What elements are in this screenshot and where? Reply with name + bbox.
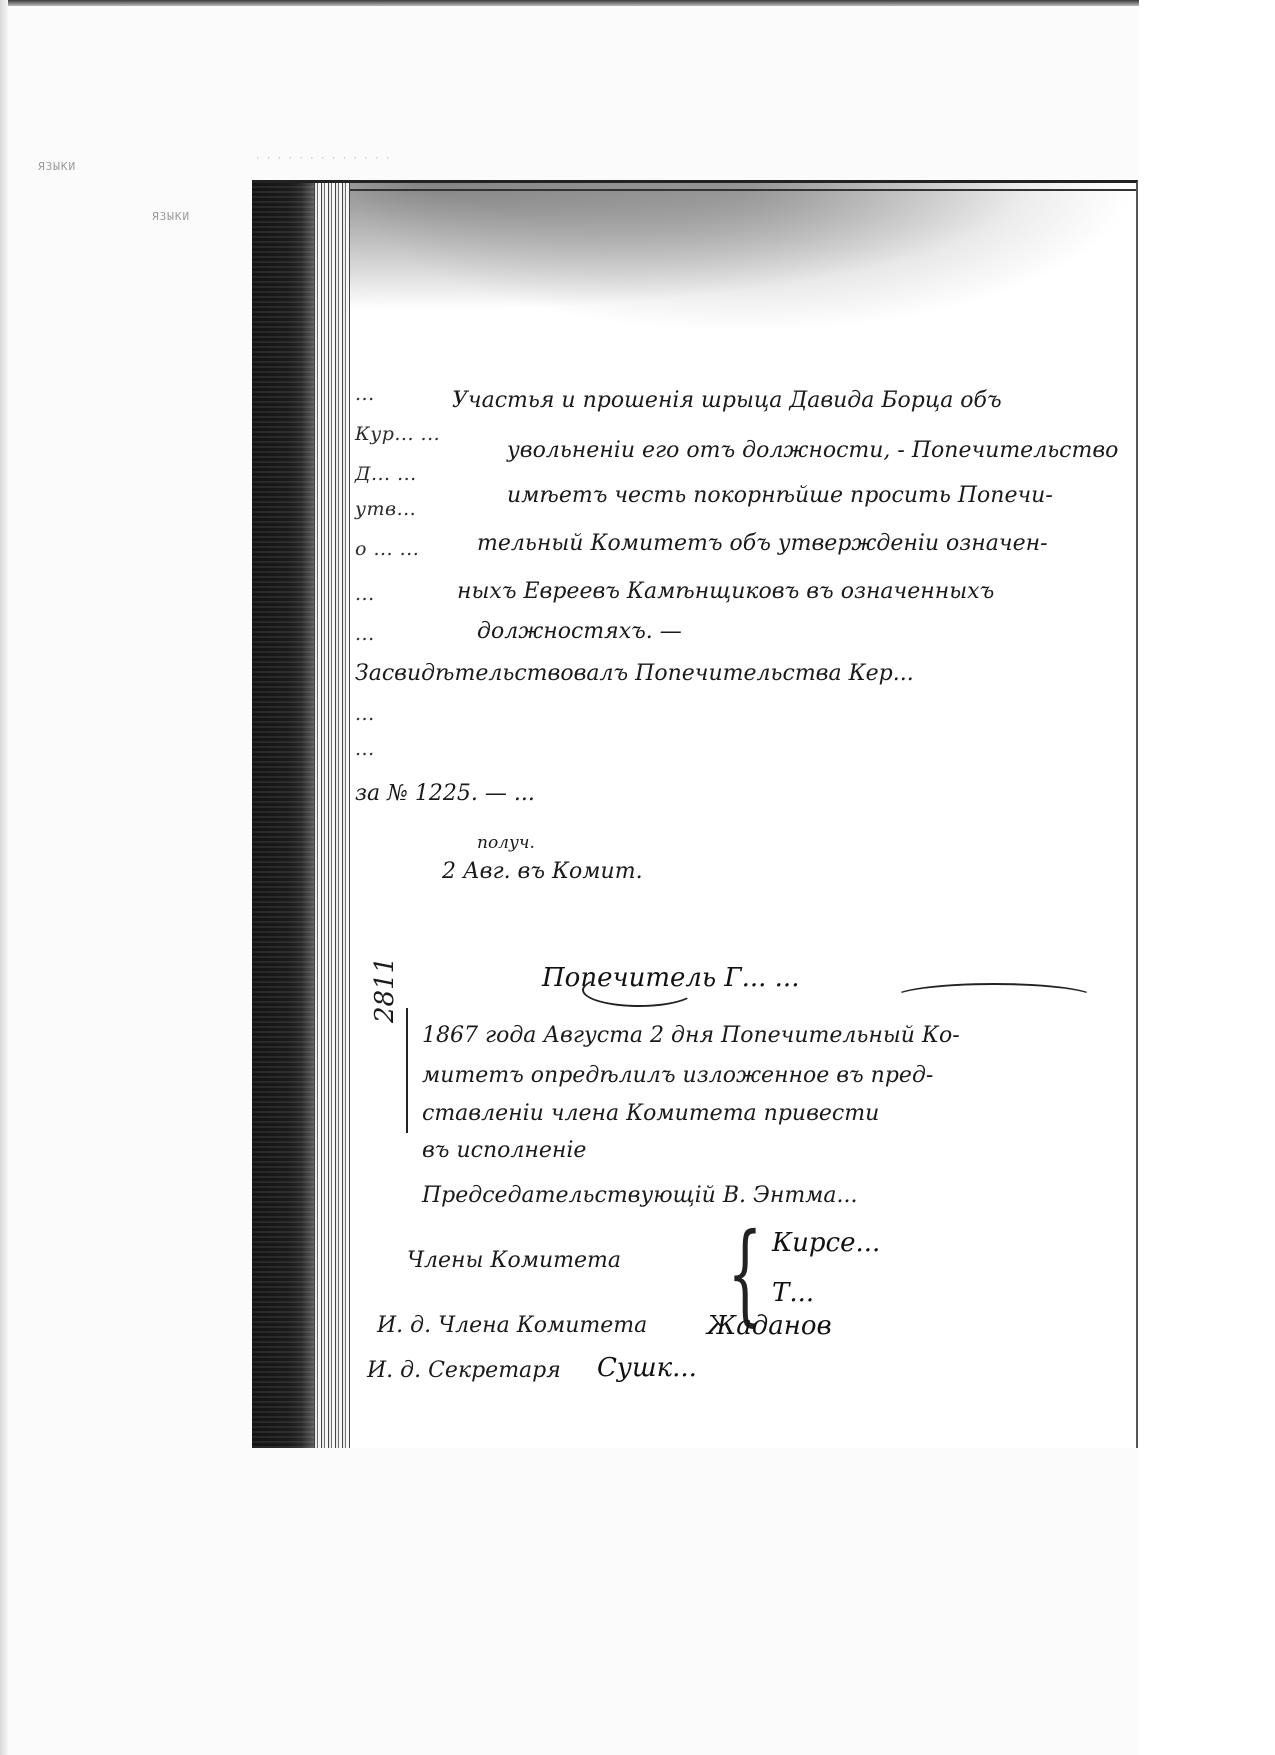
body-line: увольненіи его отъ должности, - Попечите… <box>507 438 1118 463</box>
receipt-note: 2 Авг. въ Комит. <box>442 859 643 884</box>
signature-role: И. д. Секретаря <box>367 1358 561 1383</box>
margin-note: ... <box>355 383 375 405</box>
page-edges <box>314 183 350 1448</box>
margin-bracket <box>406 1008 418 1133</box>
photocopied-page: ... Участья и прошенія шрыца Давида Борц… <box>252 180 1138 1448</box>
signature-name: Т... <box>772 1278 814 1308</box>
scan-margin-blank <box>1139 0 1275 1755</box>
signature-role: И. д. Члена Комитета <box>377 1313 647 1338</box>
body-line: ... <box>355 703 375 725</box>
book-binding <box>252 183 314 1448</box>
body-line: должностяхъ. — <box>477 619 682 644</box>
margin-note: о ... ... <box>355 538 419 560</box>
faint-stamp: ЯЗЫКИ <box>152 210 190 223</box>
margin-note: Кур... ... <box>355 423 440 445</box>
signature-role: Члены Комитета <box>407 1248 621 1273</box>
body-line: за № 1225. — ... <box>355 781 535 806</box>
margin-note: утв... <box>355 498 416 520</box>
receipt-note: получ. <box>477 833 535 853</box>
decision-line: 1867 года Августа 2 дня Попечительный Ко… <box>422 1023 960 1048</box>
scanned-sheet: ЯЗЫКИ ЯЗЫКИ · · · · · · · · · · · · · ..… <box>0 0 1139 1755</box>
margin-note: Д... ... <box>355 463 417 485</box>
body-line: тельный Комитетъ объ утвержденіи означен… <box>477 531 1048 556</box>
body-line: имѣетъ честь покорнѣйше просить Попечи- <box>507 483 1053 508</box>
margin-note: ... <box>355 623 375 645</box>
body-line: Засвидѣтельствовалъ Попечительства Кер..… <box>355 661 914 686</box>
signature-flourish <box>582 973 696 1007</box>
signature-name: Жаданов <box>707 1311 832 1341</box>
body-line: Участья и прошенія шрыца Давида Борца об… <box>452 388 1002 413</box>
faint-header-strip: · · · · · · · · · · · · · <box>255 154 455 162</box>
margin-note: ... <box>355 583 375 605</box>
copy-noise <box>350 183 1136 333</box>
signature-role: Председательствующій В. Энтма... <box>422 1183 858 1208</box>
body-line: ныхъ Евреевъ Камѣнщиковъ въ означенныхъ <box>457 579 994 604</box>
signature-name: Кирсе... <box>772 1228 880 1258</box>
decision-line: ставленіи члена Комитета привести <box>422 1101 879 1126</box>
decision-line: въ исполненіе <box>422 1138 586 1163</box>
top-rule <box>350 189 1136 191</box>
body-line: ... <box>355 738 375 760</box>
margin-number: 2811 <box>370 957 400 1023</box>
scan-top-edge <box>0 0 1139 6</box>
signature-flourish <box>892 983 1096 1013</box>
scan-left-edge <box>0 0 8 1755</box>
faint-stamp: ЯЗЫКИ <box>38 160 76 173</box>
decision-line: митетъ опредѣлилъ изложенное въ пред- <box>422 1063 933 1088</box>
signature-name: Сушк... <box>597 1353 697 1383</box>
